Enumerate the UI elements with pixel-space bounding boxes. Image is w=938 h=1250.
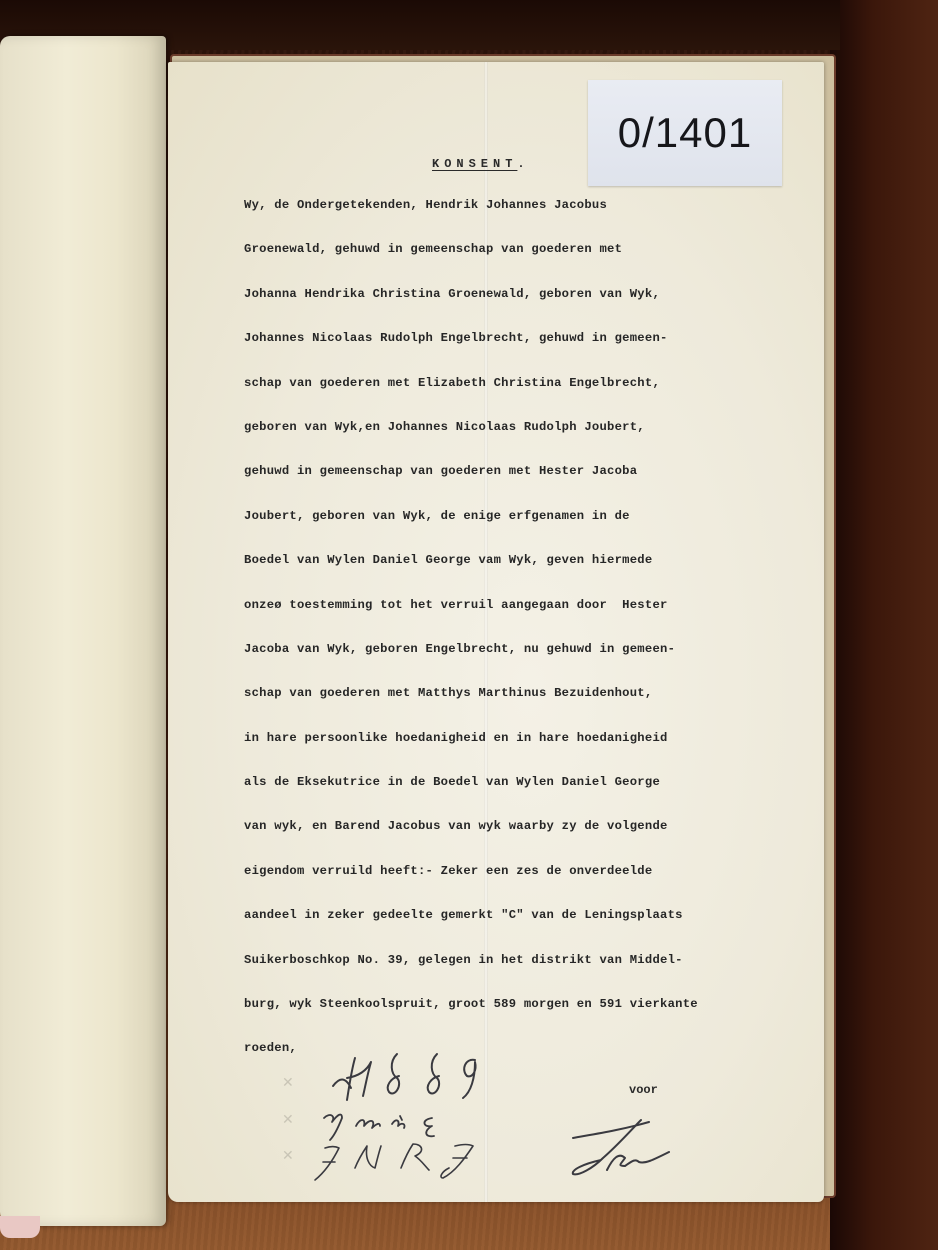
document-title: KONSENT. xyxy=(432,157,530,171)
body-line: Johannes Nicolaas Rudolph Engelbrecht, g… xyxy=(244,329,804,373)
initials-signature-jnrj xyxy=(305,1138,485,1184)
body-line: Johanna Hendrika Christina Groenewald, g… xyxy=(244,285,804,329)
document-body: Wy, de Ondergetekenden, Hendrik Johannes… xyxy=(244,196,804,1084)
body-line: onzeø toestemming tot het verruil aangeg… xyxy=(244,596,804,640)
body-line: gehuwd in gemeenschap van goederen met H… xyxy=(244,462,804,506)
body-line: geboren van Wyk,en Johannes Nicolaas Rud… xyxy=(244,418,804,462)
body-line: aandeel in zeker gedeelte gemerkt "C" va… xyxy=(244,906,804,950)
document-title-period: . xyxy=(517,157,529,171)
body-line: Jacoba van Wyk, geboren Engelbrecht, nu … xyxy=(244,640,804,684)
initials-signature-jnre xyxy=(320,1108,460,1142)
body-line: burg, wyk Steenkoolspruit, groot 589 mor… xyxy=(244,995,804,1039)
pencil-x-mark-icon: ✕ xyxy=(282,1148,294,1164)
pencil-x-mark-icon: ✕ xyxy=(282,1112,294,1128)
initials-signature-hjjg xyxy=(325,1048,495,1108)
document-title-text: KONSENT xyxy=(432,157,517,171)
body-line: Joubert, geboren van Wyk, de enige erfge… xyxy=(244,507,804,551)
archive-reference-label: 0/1401 xyxy=(588,80,782,186)
body-line: eigendom verruild heeft:- Zeker een zes … xyxy=(244,862,804,906)
left-rolled-page xyxy=(0,36,166,1226)
body-line: Wy, de Ondergetekenden, Hendrik Johannes… xyxy=(244,196,804,240)
pencil-x-mark-icon: ✕ xyxy=(282,1075,294,1091)
body-line: van wyk, en Barend Jacobus van wyk waarb… xyxy=(244,817,804,861)
body-line: als de Eksekutrice in de Boedel van Wyle… xyxy=(244,773,804,817)
body-line: Groenewald, gehuwd in gemeenschap van go… xyxy=(244,240,804,284)
body-line: in hare persoonlike hoedanigheid en in h… xyxy=(244,729,804,773)
body-line: schap van goederen met Matthys Marthinus… xyxy=(244,684,804,728)
body-line: Boedel van Wylen Daniel George vam Wyk, … xyxy=(244,551,804,595)
voor-signature xyxy=(565,1118,685,1180)
body-line: schap van goederen met Elizabeth Christi… xyxy=(244,374,804,418)
body-line: Suikerboschkop No. 39, gelegen in het di… xyxy=(244,951,804,995)
voor-label: voor xyxy=(629,1083,658,1097)
